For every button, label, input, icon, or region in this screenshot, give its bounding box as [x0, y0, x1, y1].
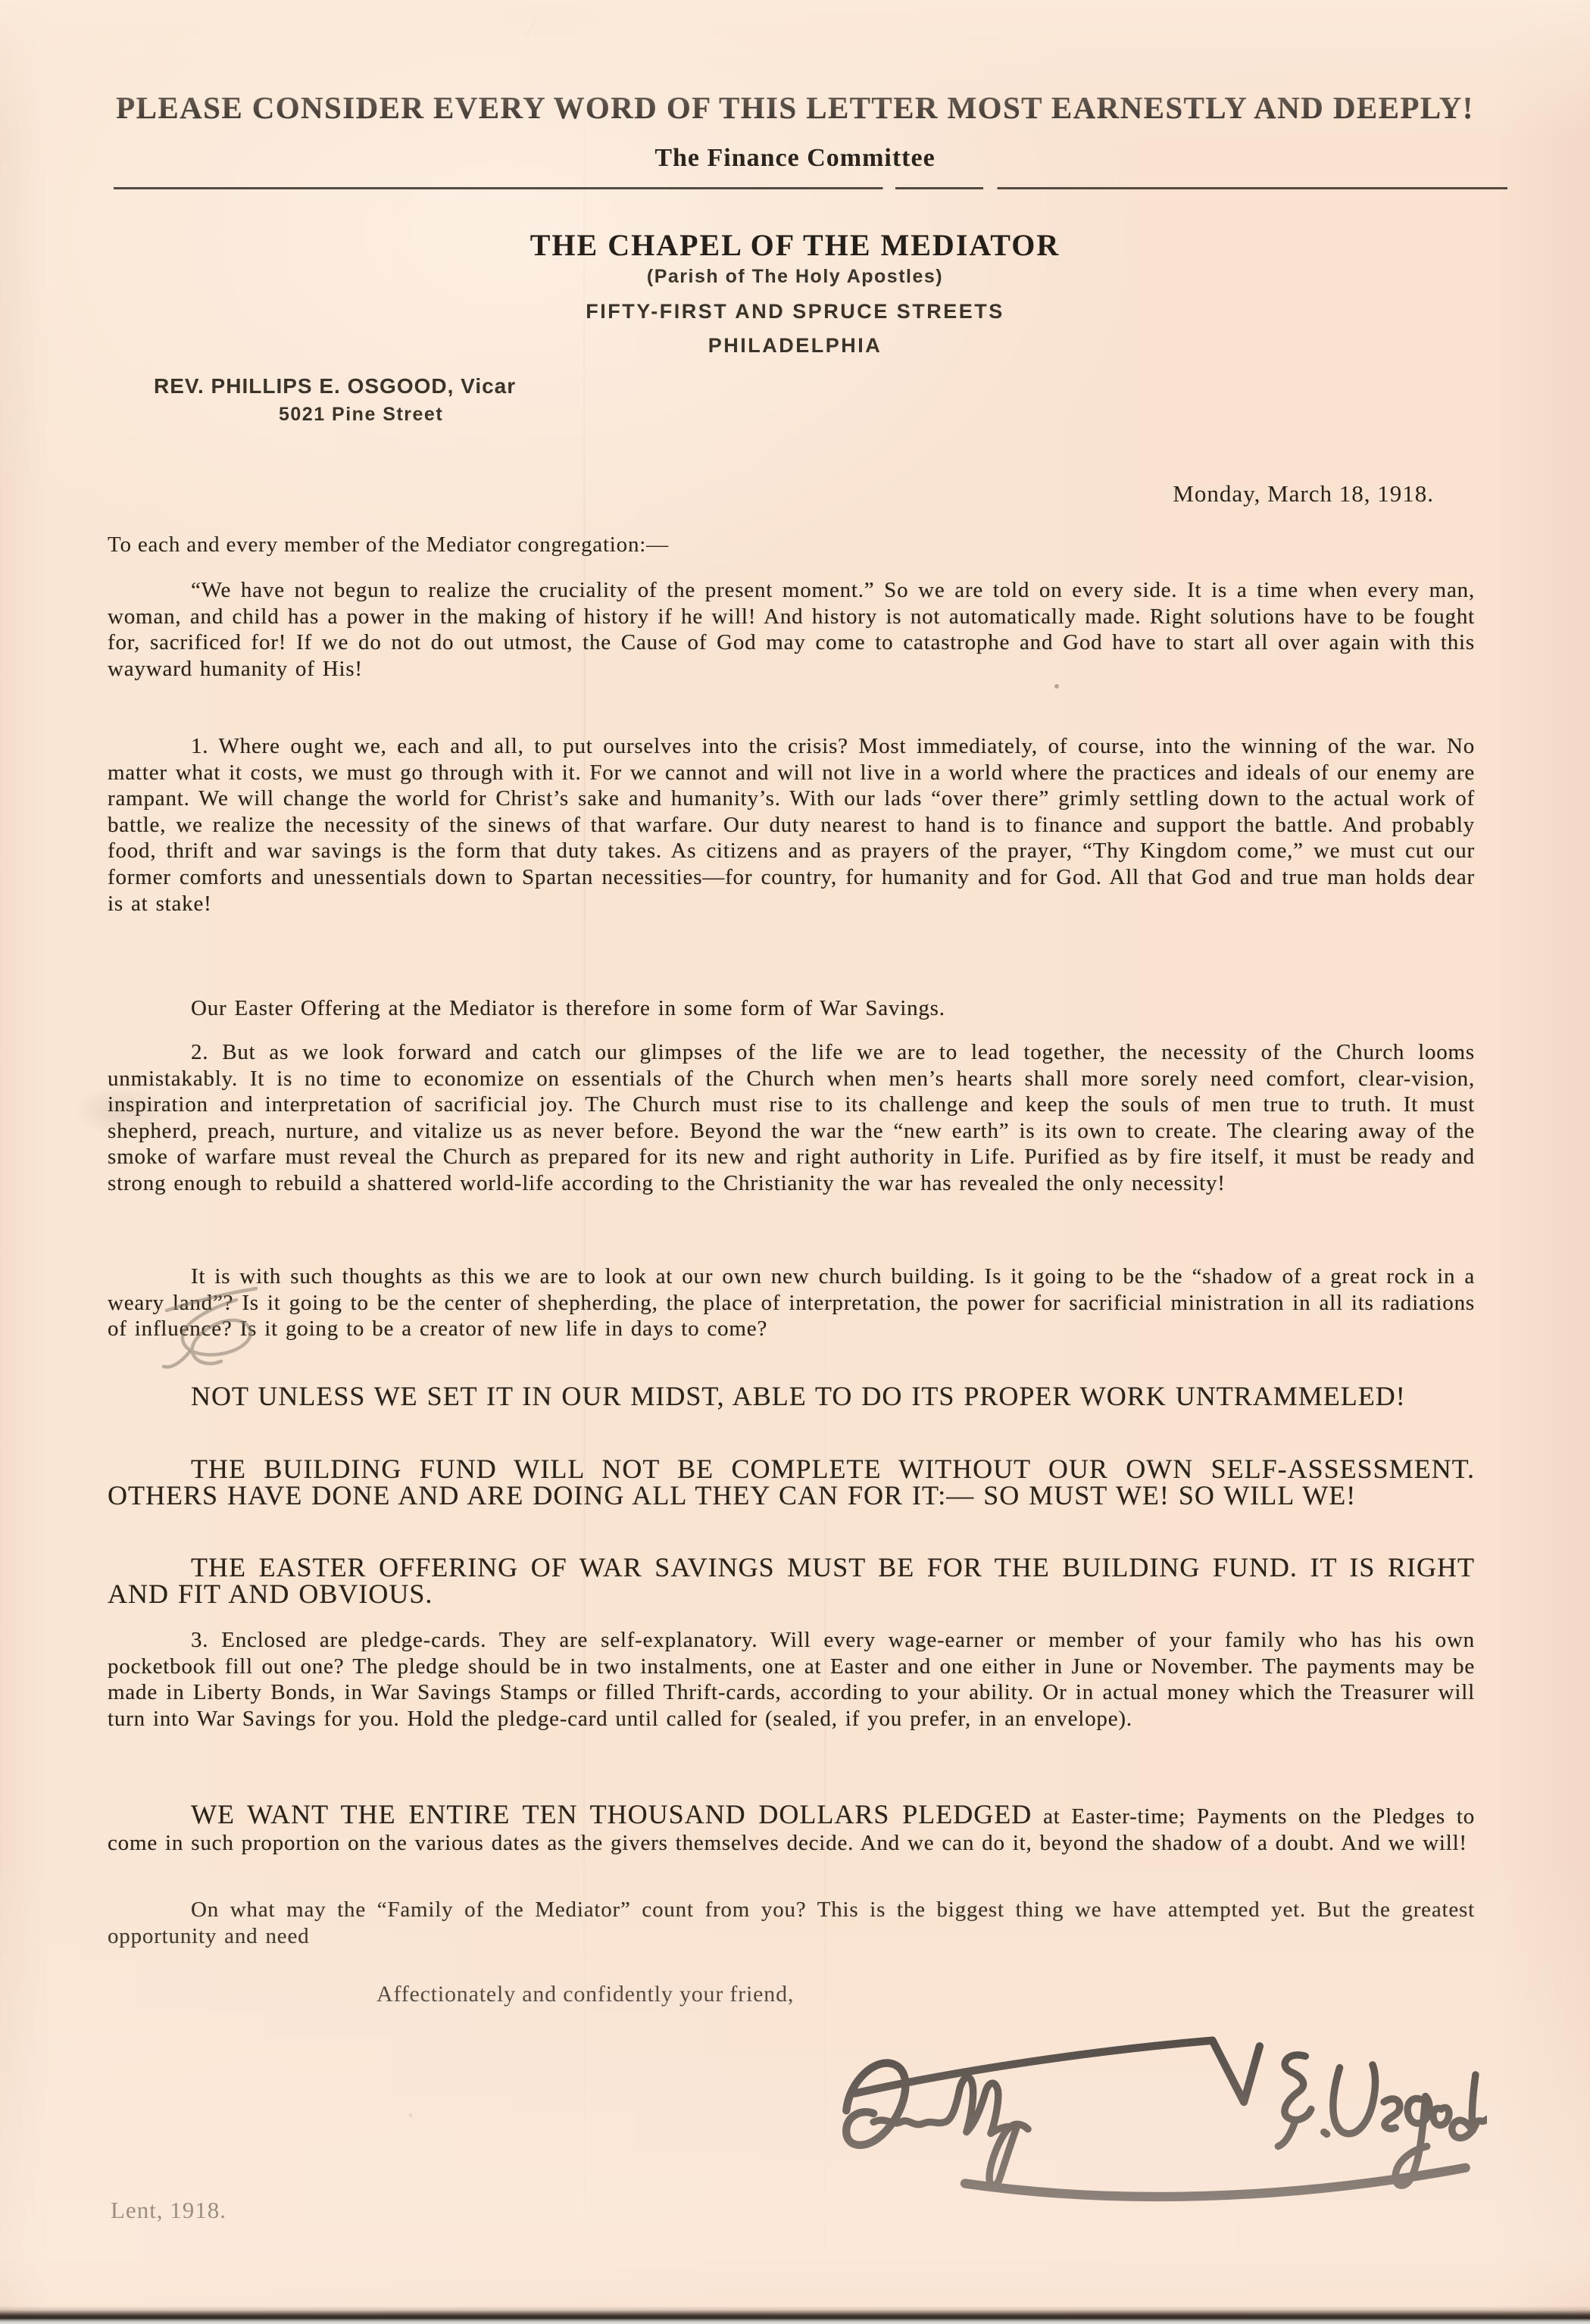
- paragraph-easter-offering-building-fund: THE EASTER OFFERING OF WAR SAVINGS MUST …: [108, 1554, 1475, 1607]
- scanned-letter: { "colors": { "paper": "#f8e2d0", "ink":…: [0, 0, 1590, 2324]
- paragraph-intro: “We have not begun to realize the crucia…: [108, 577, 1475, 682]
- letter-headline: PLEASE CONSIDER EVERY WORD OF THIS LETTE…: [0, 89, 1590, 126]
- paper-fold-crease: [461, 0, 625, 58]
- parish-subtitle: (Parish of The Holy Apostles): [0, 266, 1590, 288]
- letter-page: PLEASE CONSIDER EVERY WORD OF THIS LETTE…: [0, 0, 1590, 2324]
- salutation: To each and every member of the Mediator…: [108, 533, 669, 558]
- paragraph-building-fund: THE BUILDING FUND WILL NOT BE COMPLETE W…: [108, 1456, 1475, 1509]
- paragraph-3-pledge-cards: 3. Enclosed are pledge-cards. They are s…: [108, 1627, 1475, 1732]
- address-city: PHILADELPHIA: [0, 334, 1590, 358]
- vicar-name: REV. PHILLIPS E. OSGOOD, Vicar: [154, 374, 516, 398]
- pencil-scribble: [114, 1277, 364, 1377]
- finance-committee-label: The Finance Committee: [0, 144, 1590, 173]
- paragraph-family-of-mediator: On what may the “Family of the Mediator”…: [108, 1897, 1475, 1949]
- paper-speck: [1054, 684, 1059, 689]
- scan-edge-bottom: [0, 2306, 1590, 2324]
- paragraph-not-unless: NOT UNLESS WE SET IT IN OUR MIDST, ABLE …: [108, 1383, 1475, 1410]
- closing-line: Affectionately and confidently your frie…: [376, 1982, 794, 2007]
- vicar-address: 5021 Pine Street: [279, 404, 443, 426]
- footer-lent-1918: Lent, 1918.: [111, 2197, 226, 2224]
- paragraph-easter-offering: Our Easter Offering at the Mediator is t…: [108, 995, 1475, 1022]
- paragraph-ten-thousand-pledged: WE WANT THE ENTIRE TEN THOUSAND DOLLARS …: [108, 1801, 1475, 1856]
- address-streets: FIFTY-FIRST AND SPRUCE STREETS: [0, 300, 1590, 323]
- paragraph-2-look-forward: 2. But as we look forward and catch our …: [108, 1039, 1475, 1197]
- signature-phillips-e-osgood: [786, 2019, 1487, 2220]
- paper-speck: [409, 2113, 412, 2117]
- divider-rule: [114, 187, 1507, 189]
- caps-run: WE WANT THE ENTIRE TEN THOUSAND DOLLARS …: [191, 1799, 1032, 1829]
- signature-text: Phillips E. Osgood: [0, 0, 1, 1]
- paragraph-1-where-ought-we: 1. Where ought we, each and all, to put …: [108, 733, 1475, 917]
- organization-name: THE CHAPEL OF THE MEDIATOR: [0, 227, 1590, 263]
- letter-date: Monday, March 18, 1918.: [1173, 480, 1434, 508]
